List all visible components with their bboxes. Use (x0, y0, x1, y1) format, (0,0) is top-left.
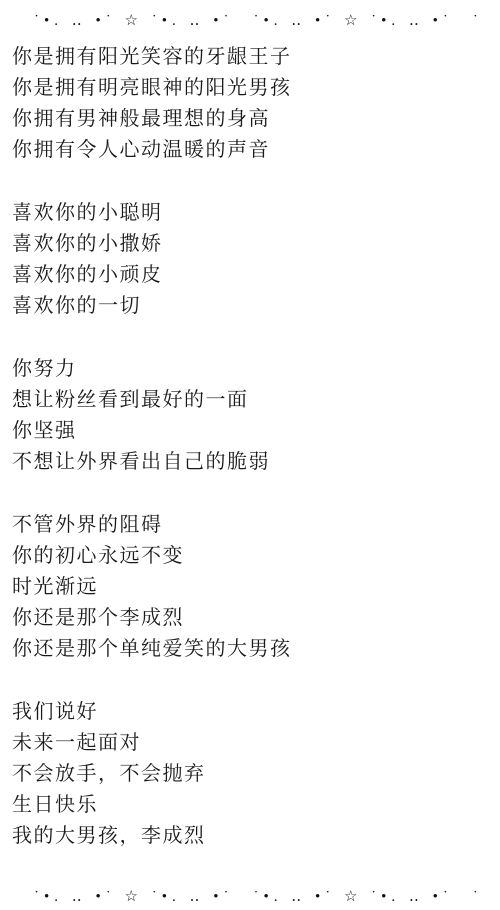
poem-line: 我们说好 (12, 697, 490, 728)
poem-line: 喜欢你的小聪明 (12, 198, 490, 229)
poem-line: 未来一起面对 (12, 728, 490, 759)
stanza-1: 你是拥有阳光笑容的牙龈王子 你是拥有明亮眼神的阳光男孩 你拥有男神般最理想的身高… (12, 42, 490, 166)
stanza-3: 你努力 想让粉丝看到最好的一面 你坚强 不想让外界看出自己的脆弱 (12, 354, 490, 478)
poem-line: 不会放手，不会抛弃 (12, 759, 490, 790)
poem-line: 你还是那个单纯爱笑的大男孩 (12, 634, 490, 665)
poem-line: 你还是那个李成烈 (12, 603, 490, 634)
poem-line: 生日快乐 (12, 790, 490, 821)
poem-line: 喜欢你的小顽皮 (12, 260, 490, 291)
poem-line: 你是拥有明亮眼神的阳光男孩 (12, 73, 490, 104)
poem-page: ˙•. ‥ •˙ ☆ ˙•. ‥ •˙ ˙•. ‥ •˙ ☆ ˙•. ‥ •˙ … (0, 0, 500, 910)
poem-line: 喜欢你的一切 (12, 291, 490, 322)
poem-line: 你是拥有阳光笑容的牙龈王子 (12, 42, 490, 73)
poem-line: 我的大男孩，李成烈 (12, 821, 490, 852)
poem-line: 不管外界的阻碍 (12, 510, 490, 541)
stanza-5: 我们说好 未来一起面对 不会放手，不会抛弃 生日快乐 我的大男孩，李成烈 (12, 697, 490, 852)
poem-line: 你的初心永远不变 (12, 541, 490, 572)
poem-line: 你坚强 (12, 416, 490, 447)
stanza-4: 不管外界的阻碍 你的初心永远不变 时光渐远 你还是那个李成烈 你还是那个单纯爱笑… (12, 510, 490, 665)
decorative-star-border-top: ˙•. ‥ •˙ ☆ ˙•. ‥ •˙ ˙•. ‥ •˙ ☆ ˙•. ‥ •˙ … (12, 8, 490, 34)
poem-line: 你拥有男神般最理想的身高 (12, 104, 490, 135)
poem-line: 喜欢你的小撒娇 (12, 229, 490, 260)
decorative-star-border-bottom: ˙•. ‥ •˙ ☆ ˙•. ‥ •˙ ˙•. ‥ •˙ ☆ ˙•. ‥ •˙ … (12, 884, 490, 910)
poem-line: 想让粉丝看到最好的一面 (12, 385, 490, 416)
poem-line: 你拥有令人心动温暖的声音 (12, 135, 490, 166)
poem-body: 你是拥有阳光笑容的牙龈王子 你是拥有明亮眼神的阳光男孩 你拥有男神般最理想的身高… (12, 42, 490, 852)
stanza-2: 喜欢你的小聪明 喜欢你的小撒娇 喜欢你的小顽皮 喜欢你的一切 (12, 198, 490, 322)
poem-line: 不想让外界看出自己的脆弱 (12, 447, 490, 478)
poem-line: 时光渐远 (12, 572, 490, 603)
poem-line: 你努力 (12, 354, 490, 385)
